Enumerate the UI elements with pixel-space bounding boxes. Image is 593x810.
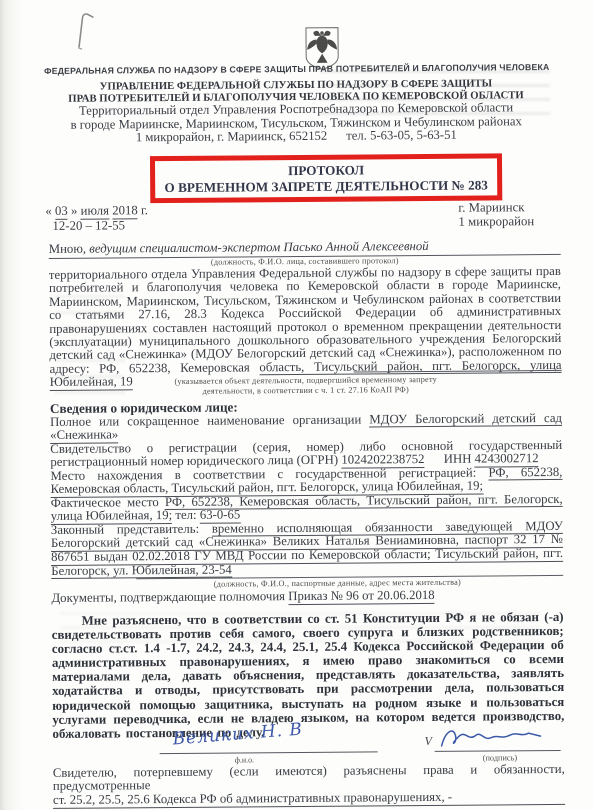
- staple-mark: [69, 10, 99, 59]
- subject-caption: (указывается объект деятельности, подвер…: [50, 374, 562, 398]
- date-month: июля: [81, 203, 109, 219]
- document-date: « 03 » июля 2018 г.: [45, 203, 148, 219]
- document-title-line2: О ВРЕМЕННОМ ЗАПРЕТЕ ДЕЯТЕЛЬНОСТИ № 283: [155, 177, 497, 195]
- place-district: 1 микрорайон: [458, 215, 534, 229]
- highlight-box: ПРОТОКОЛ О ВРЕМЕННОМ ЗАПРЕТЕ ДЕЯТЕЛЬНОСТ…: [150, 153, 502, 203]
- scanned-document-page: ФЕДЕРАЛЬНАЯ СЛУЖБА ПО НАДЗОРУ В СФЕРЕ ЗА…: [0, 0, 593, 810]
- entity-name-label: Полное или сокращенное наименование орга…: [50, 412, 369, 429]
- date-year: 2018: [112, 203, 138, 219]
- fio-caption: ф.и.о.: [235, 755, 255, 764]
- witness-line2: ст. 25.2, 25.5, 25.6 Кодекса РФ об админ…: [53, 790, 565, 809]
- signature-line-fio: [160, 751, 378, 754]
- document-place: г. Мариинск 1 микрорайон: [458, 201, 534, 229]
- date-mid: »: [68, 204, 81, 218]
- phone-label: тел:: [172, 508, 200, 522]
- inn-label: ИНН: [424, 452, 474, 466]
- author-name: ведущим специалистом-экспертом Пасько Ан…: [89, 239, 428, 256]
- actual-label: Фактическое место: [51, 495, 165, 510]
- podpis-caption: (подпись): [483, 753, 518, 762]
- docs-label: Документы, подтверждающие полномочия: [51, 589, 288, 605]
- witness-line1: Свидетелю, потерпевшему (если имеются) р…: [53, 763, 565, 794]
- legal-entity-section: Сведения о юридическом лице: Полное или …: [50, 398, 564, 606]
- date-day: 03: [55, 204, 68, 220]
- docs-value: Приказ № 96 от 20.06.2018: [288, 588, 435, 605]
- signature-check-mark: V: [424, 734, 431, 749]
- document-time-range: 12-20 – 12-55: [52, 218, 125, 234]
- witness-paragraph: Свидетелю, потерпевшему (если имеются) р…: [53, 763, 565, 809]
- agency-name: ФЕДЕРАЛЬНАЯ СЛУЖБА ПО НАДЗОРУ В СФЕРЕ ЗА…: [29, 62, 564, 76]
- date-prefix: «: [45, 204, 55, 218]
- author-prefix: Мною,: [49, 242, 90, 256]
- department-block: Территориальный отдел Управления Роспотр…: [30, 101, 563, 146]
- date-suffix: г.: [138, 203, 148, 217]
- entity-representative-row: Законный представитель: временно исполня…: [51, 520, 563, 578]
- rights-paragraph: Мне разъяснено, что в соответствии со ст…: [52, 610, 565, 741]
- authority-docs-row: Документы, подтверждающие полномочия При…: [51, 588, 563, 606]
